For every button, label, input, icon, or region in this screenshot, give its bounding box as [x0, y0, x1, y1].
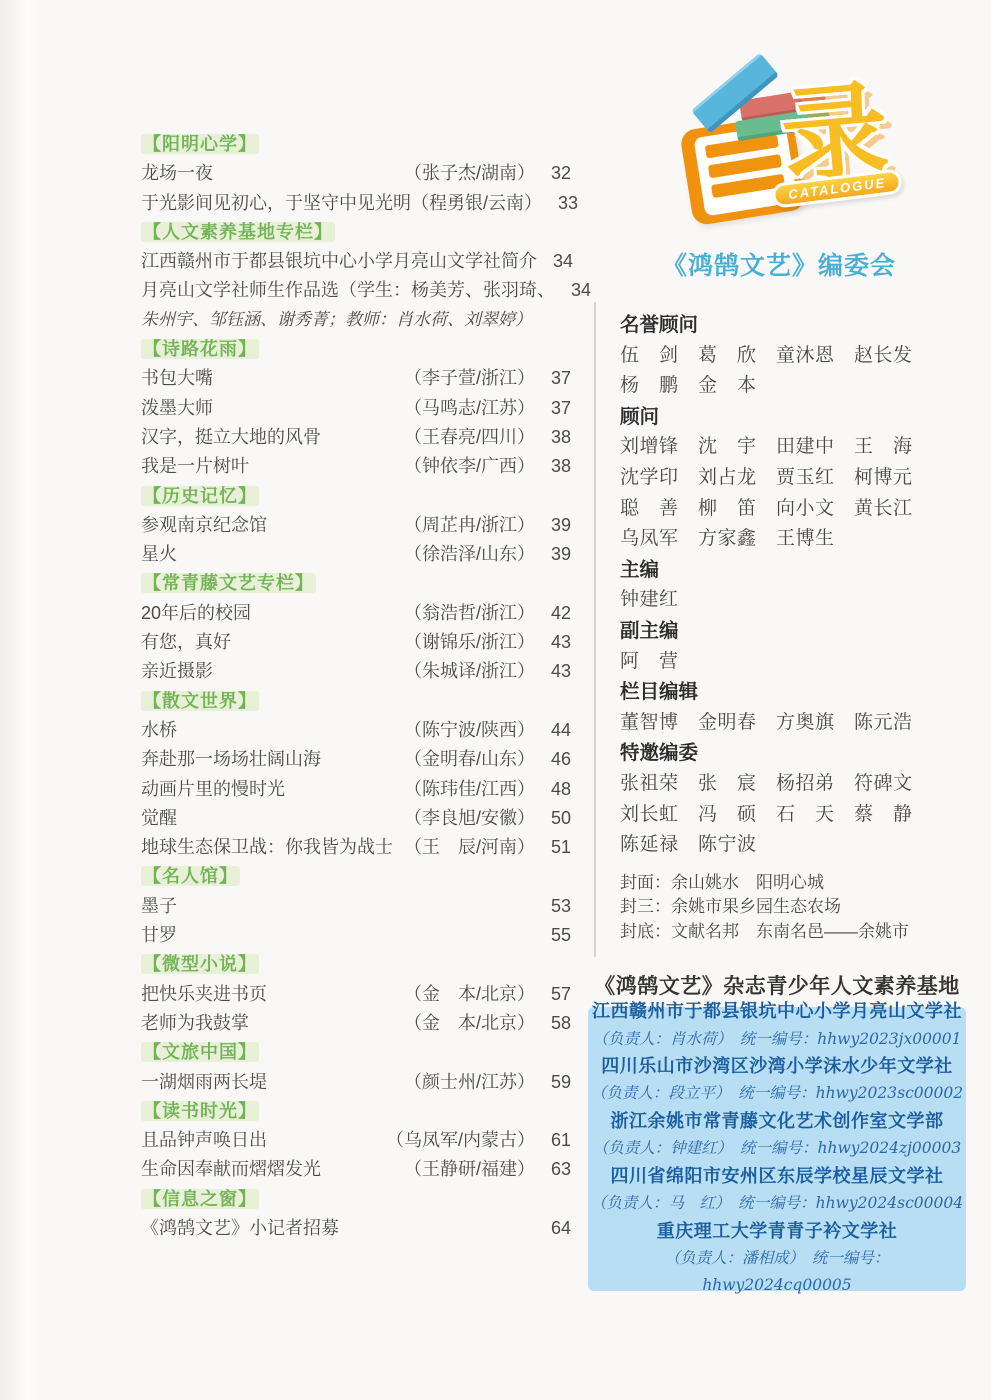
- article-title: 水桥: [141, 716, 177, 745]
- toc-section-header: 【信息之窗】: [141, 1185, 571, 1214]
- section-header-label: 【名人馆】: [141, 866, 240, 886]
- article-title: 于光影间见初心，于坚守中见光明: [141, 189, 411, 218]
- page-number: 44: [543, 716, 571, 745]
- article-title: 《鸿鹄文艺》小记者招募: [141, 1214, 339, 1243]
- article-author: （金明春/山东）: [404, 745, 535, 774]
- entry-right: （乌凤军/内蒙古）61: [386, 1126, 571, 1155]
- entry-right: （张子杰/湖南）32: [404, 159, 571, 188]
- entry-right: （王静研/福建）63: [404, 1155, 571, 1184]
- toc-section-header: 【常青藤文艺专栏】: [141, 569, 571, 598]
- toc-entry-row: 奔赴那一场场壮阔山海 （金明春/山东）46: [141, 745, 571, 774]
- article-author: （陈宁波/陕西）: [404, 716, 535, 745]
- article-title: 甘罗: [141, 921, 177, 950]
- article-title: 20年后的校园: [141, 599, 251, 628]
- table-of-contents: 【阳明心学】 龙场一夜 （张子杰/湖南）32 于光影间见初心，于坚守中见光明 （…: [141, 130, 571, 1243]
- entry-right: 55: [535, 921, 571, 950]
- section-header-label: 【阳明心学】: [141, 134, 259, 154]
- section-header-label: 【诗路花雨】: [141, 339, 259, 359]
- article-title: 生命因奉献而熠熠发光: [141, 1155, 321, 1184]
- article-author: （金 本/北京）: [404, 980, 535, 1009]
- page-number: 37: [543, 364, 571, 393]
- page-number: 43: [543, 628, 571, 657]
- article-title: 亲近摄影: [141, 657, 213, 686]
- entry-right: （周芷冉/浙江）39: [404, 511, 571, 540]
- article-title: 把快乐夹进书页: [141, 980, 267, 1009]
- cover-note: 封面：余山姚水 阳明心城: [620, 871, 982, 896]
- page-number: 48: [543, 775, 571, 804]
- toc-entry-row: 一湖烟雨两长堤 （颜士州/江苏）59: [141, 1068, 571, 1097]
- article-author: （颜士州/江苏）: [404, 1068, 535, 1097]
- article-title: 动画片里的慢时光: [141, 775, 285, 804]
- toc-entry-row: 生命因奉献而熠熠发光 （王静研/福建）63: [141, 1155, 571, 1184]
- entry-right: （王春亮/四川）38: [404, 423, 571, 452]
- section-header-label: 【散文世界】: [141, 691, 259, 711]
- catalogue-logo: 录 CATALOGUE: [676, 60, 916, 245]
- article-author: （徐浩泽/山东）: [404, 540, 535, 569]
- toc-entry-row: 《鸿鹄文艺》小记者招募 64: [141, 1214, 571, 1243]
- article-title: 书包大嘴: [141, 364, 213, 393]
- article-title: 我是一片树叶: [141, 452, 249, 481]
- entry-right: （陈玮佳/江西）48: [404, 775, 571, 804]
- member-names-line: 聪 善 柳 笛 向小文 黄长江: [620, 494, 982, 525]
- base-society-name: 四川省绵阳市安州区东辰学校星辰文学社: [590, 1163, 964, 1190]
- article-title: 泼墨大师: [141, 394, 213, 423]
- article-author: （王 辰/河南）: [404, 833, 535, 862]
- toc-entry-row: 江西赣州市于都县银坑中心小学月亮山文学社简介 34: [141, 247, 571, 276]
- toc-entry-row: 参观南京纪念馆 （周芷冉/浙江）39: [141, 511, 571, 540]
- page-number: 32: [543, 159, 571, 188]
- article-author: （李子萱/浙江）: [404, 364, 535, 393]
- base-society-name: 江西赣州市于都县银坑中心小学月亮山文学社: [590, 998, 964, 1025]
- section-header-label: 【读书时光】: [141, 1101, 259, 1121]
- role-label: 副主编: [620, 616, 982, 647]
- toc-section-header: 【名人馆】: [141, 862, 571, 891]
- toc-entry-row: 泼墨大师 （马鸣志/江苏）37: [141, 394, 571, 423]
- article-author: （王静研/福建）: [404, 1155, 535, 1184]
- page-number: 51: [543, 833, 571, 862]
- base-society-detail: （负责人：钟建红） 统一编号：hhwy2024zj00003: [590, 1135, 964, 1162]
- member-names-line: 刘增锋 沈 宇 田建中 王 海: [620, 432, 982, 463]
- toc-section-header: 【散文世界】: [141, 687, 571, 716]
- member-names-line: 董智博 金明春 方奥旗 陈元浩: [620, 708, 982, 739]
- page-number: 57: [543, 980, 571, 1009]
- page-number: 53: [543, 892, 571, 921]
- article-title: 觉醒: [141, 804, 177, 833]
- toc-entry-row: 水桥 （陈宁波/陕西）44: [141, 716, 571, 745]
- article-title: 参观南京纪念馆: [141, 511, 267, 540]
- member-names-line: 张祖荣 张 宸 杨招弟 符碑文: [620, 769, 982, 800]
- base-society-name: 重庆理工大学青青子衿文学社: [590, 1218, 964, 1245]
- article-title: 朱州宇、邹钰涵、谢秀菁；教师：肖水荷、刘翠婷）: [141, 306, 532, 335]
- article-author: （谢锦乐/浙江）: [404, 628, 535, 657]
- toc-section-header: 【读书时光】: [141, 1097, 571, 1126]
- article-author: （周芷冉/浙江）: [404, 511, 535, 540]
- section-header-label: 【历史记忆】: [141, 486, 259, 506]
- page-number: 39: [543, 511, 571, 540]
- role-label: 顾问: [620, 402, 982, 433]
- article-title: 月亮山文学社师生作品选（学生：杨美芳、张羽琦、: [141, 276, 555, 305]
- toc-entry-row: 星火 （徐浩泽/山东）39: [141, 540, 571, 569]
- base-society-detail: （负责人：马 红） 统一编号：hhwy2024sc00004: [590, 1190, 964, 1217]
- entry-right: （谢锦乐/浙江）43: [404, 628, 571, 657]
- page-number: 39: [543, 540, 571, 569]
- toc-section-header: 【历史记忆】: [141, 482, 571, 511]
- toc-entry-row: 书包大嘴 （李子萱/浙江）37: [141, 364, 571, 393]
- page-number: 58: [543, 1009, 571, 1038]
- entry-right: （金 本/北京）57: [404, 980, 571, 1009]
- article-author: （钟依李/广西）: [404, 452, 535, 481]
- page-number: 43: [543, 657, 571, 686]
- article-title: 一湖烟雨两长堤: [141, 1068, 267, 1097]
- entry-right: （程勇银/云南）33: [411, 189, 578, 218]
- base-society-name: 浙江余姚市常青藤文化艺术创作室文学部: [590, 1108, 964, 1135]
- article-title: 地球生态保卫战：你我皆为战士: [141, 833, 393, 862]
- page-number: 46: [543, 745, 571, 774]
- page-number: 34: [545, 247, 573, 276]
- base-society-detail: （负责人：潘相成） 统一编号：hhwy2024cq00005: [590, 1245, 964, 1300]
- base-society-detail: （负责人：段立平） 统一编号：hhwy2023sc00002: [590, 1080, 964, 1107]
- page-number: 63: [543, 1155, 571, 1184]
- toc-entry-row: 汉字，挺立大地的风骨 （王春亮/四川）38: [141, 423, 571, 452]
- entry-right: 64: [535, 1214, 571, 1243]
- toc-section-header: 【诗路花雨】: [141, 335, 571, 364]
- literacy-base-box: 江西赣州市于都县银坑中心小学月亮山文学社 （负责人：肖水荷） 统一编号：hhwy…: [588, 1007, 966, 1291]
- toc-entry-row: 老师为我鼓掌 （金 本/北京）58: [141, 1009, 571, 1038]
- article-title: 且品钟声唤日出: [141, 1126, 267, 1155]
- article-author: （金 本/北京）: [404, 1009, 535, 1038]
- entry-right: 34: [555, 276, 591, 305]
- toc-entry-row: 甘罗 55: [141, 921, 571, 950]
- toc-entry-row: 动画片里的慢时光 （陈玮佳/江西）48: [141, 775, 571, 804]
- entry-right: （朱城译/浙江）43: [404, 657, 571, 686]
- section-header-label: 【人文素养基地专栏】: [141, 222, 335, 242]
- article-title: 星火: [141, 540, 177, 569]
- section-header-label: 【信息之窗】: [141, 1189, 259, 1209]
- toc-section-header: 【人文素养基地专栏】: [141, 218, 571, 247]
- toc-entry-row: 且品钟声唤日出 （乌凤军/内蒙古）61: [141, 1126, 571, 1155]
- article-title: 龙场一夜: [141, 159, 213, 188]
- toc-entry-row: 把快乐夹进书页 （金 本/北京）57: [141, 980, 571, 1009]
- article-author: （王春亮/四川）: [404, 423, 535, 452]
- entry-right: 53: [535, 892, 571, 921]
- base-society-name: 四川乐山市沙湾区沙湾小学沫水少年文学社: [590, 1053, 964, 1080]
- toc-entry-row: 我是一片树叶 （钟依李/广西）38: [141, 452, 571, 481]
- article-author: （李良旭/安徽）: [404, 804, 535, 833]
- toc-section-header: 【阳明心学】: [141, 130, 571, 159]
- entry-right: （徐浩泽/山东）39: [404, 540, 571, 569]
- article-title: 江西赣州市于都县银坑中心小学月亮山文学社简介: [141, 247, 537, 276]
- cover-notes: 封面：余山姚水 阳明心城 封三：余姚市果乡园生态农场 封底：文献名邦 东南名邑—…: [620, 871, 982, 945]
- entry-right: （李良旭/安徽）50: [404, 804, 571, 833]
- page-number: 38: [543, 452, 571, 481]
- toc-entry-row: 地球生态保卫战：你我皆为战士 （王 辰/河南）51: [141, 833, 571, 862]
- page-number: 59: [543, 1068, 571, 1097]
- toc-section-header: 【文旅中国】: [141, 1038, 571, 1067]
- page-number: 42: [543, 599, 571, 628]
- article-author: （马鸣志/江苏）: [404, 394, 535, 423]
- toc-entry-row: 觉醒 （李良旭/安徽）50: [141, 804, 571, 833]
- editorial-board-title: 《鸿鹄文艺》编委会: [590, 246, 968, 282]
- editorial-board: 名誉顾问 伍 剑 葛 欣 童沐恩 赵长发 杨 鹏 金 本 顾问 刘增锋 沈 宇 …: [594, 302, 982, 957]
- toc-entry-row: 墨子 53: [141, 892, 571, 921]
- base-society-detail: （负责人：肖水荷） 统一编号：hhwy2023jx00001: [590, 1026, 964, 1053]
- member-names-line: 阿 营: [620, 647, 982, 678]
- role-label: 名誉顾问: [620, 310, 982, 341]
- article-title: 汉字，挺立大地的风骨: [141, 423, 321, 452]
- toc-entry-row: 亲近摄影 （朱城译/浙江）43: [141, 657, 571, 686]
- cover-note: 封三：余姚市果乡园生态农场: [620, 895, 982, 920]
- article-author: （乌凤军/内蒙古）: [386, 1126, 535, 1155]
- article-author: （朱城译/浙江）: [404, 657, 535, 686]
- article-title: 奔赴那一场场壮阔山海: [141, 745, 321, 774]
- entry-right: 34: [537, 247, 573, 276]
- entry-right: （李子萱/浙江）37: [404, 364, 571, 393]
- article-title: 有您，真好: [141, 628, 231, 657]
- role-label: 特邀编委: [620, 738, 982, 769]
- toc-section-header: 【微型小说】: [141, 950, 571, 979]
- page-number: 37: [543, 394, 571, 423]
- member-names-line: 陈延禄 陈宁波: [620, 830, 982, 861]
- toc-entry-row: 有您，真好 （谢锦乐/浙江）43: [141, 628, 571, 657]
- entry-right: （翁浩哲/浙江）42: [404, 599, 571, 628]
- article-author: （翁浩哲/浙江）: [404, 599, 535, 628]
- toc-entry-row: 20年后的校园 （翁浩哲/浙江）42: [141, 599, 571, 628]
- member-names-line: 伍 剑 葛 欣 童沐恩 赵长发: [620, 341, 982, 372]
- entry-right: （陈宁波/陕西）44: [404, 716, 571, 745]
- entry-right: （王 辰/河南）51: [404, 833, 571, 862]
- member-names-line: 杨 鹏 金 本: [620, 371, 982, 402]
- article-title: 老师为我鼓掌: [141, 1009, 249, 1038]
- page-number: 33: [550, 189, 578, 218]
- toc-entry-row: 龙场一夜 （张子杰/湖南）32: [141, 159, 571, 188]
- article-author: （陈玮佳/江西）: [404, 775, 535, 804]
- page-number: 61: [543, 1126, 571, 1155]
- article-author: （张子杰/湖南）: [404, 159, 535, 188]
- section-header-label: 【微型小说】: [141, 954, 259, 974]
- article-author: （程勇银/云南）: [411, 189, 542, 218]
- magazine-toc-page: 【阳明心学】 龙场一夜 （张子杰/湖南）32 于光影间见初心，于坚守中见光明 （…: [0, 0, 991, 1400]
- page-number: 34: [563, 276, 591, 305]
- role-label: 栏目编辑: [620, 677, 982, 708]
- toc-entry-row: 于光影间见初心，于坚守中见光明 （程勇银/云南）33: [141, 189, 571, 218]
- member-names-line: 钟建红: [620, 585, 982, 616]
- entry-right: （马鸣志/江苏）37: [404, 394, 571, 423]
- role-label: 主编: [620, 555, 982, 586]
- member-names-line: 乌凤军 方家鑫 王博生: [620, 524, 982, 555]
- article-title: 墨子: [141, 892, 177, 921]
- page-number: 38: [543, 423, 571, 452]
- toc-entry-row: 月亮山文学社师生作品选（学生：杨美芳、张羽琦、 34: [141, 276, 571, 305]
- toc-entry-row: 朱州宇、邹钰涵、谢秀菁；教师：肖水荷、刘翠婷）: [141, 306, 571, 335]
- member-names-line: 沈学印 刘占龙 贾玉红 柯博元: [620, 463, 982, 494]
- entry-right: （金 本/北京）58: [404, 1009, 571, 1038]
- entry-right: （钟依李/广西）38: [404, 452, 571, 481]
- cover-note: 封底：文献名邦 东南名邑——余姚市: [620, 920, 982, 945]
- page-number: 50: [543, 804, 571, 833]
- section-header-label: 【常青藤文艺专栏】: [141, 573, 316, 593]
- literacy-base-heading: 《鸿鹄文艺》杂志青少年人文素养基地: [586, 970, 968, 1000]
- entry-right: （颜士州/江苏）59: [404, 1068, 571, 1097]
- section-header-label: 【文旅中国】: [141, 1042, 259, 1062]
- page-number: 64: [543, 1214, 571, 1243]
- entry-right: （金明春/山东）46: [404, 745, 571, 774]
- member-names-line: 刘长虹 冯 硕 石 天 蔡 静: [620, 800, 982, 831]
- page-number: 55: [543, 921, 571, 950]
